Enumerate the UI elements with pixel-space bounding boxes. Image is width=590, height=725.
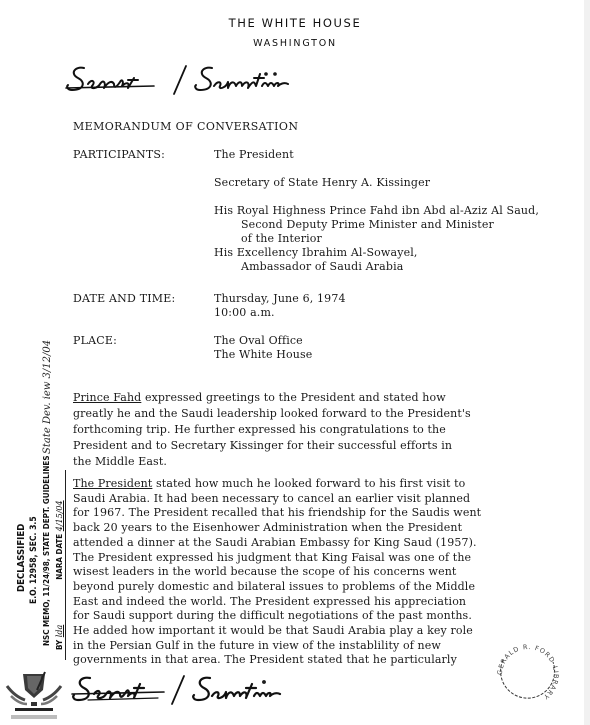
date-time-label: DATE AND TIME: [73,292,175,305]
paragraph-line: stated how much he looked forward to his… [152,477,465,490]
participants-label: PARTICIPANTS: [73,148,165,161]
paragraph-line: beyond purely domestic and bilateral iss… [73,580,573,595]
place-line-2: The White House [214,348,312,361]
place-label: PLACE: [73,334,117,347]
paragraph-line: forthcoming trip. He further expressed h… [73,422,573,438]
paragraph-line: greatly he and the Saudi leadership look… [73,406,573,422]
stamp-nara-date: 4/15/04 [55,500,64,531]
declassified-stamp-line-3: NSC MEMO, 11/24/98, STATE DEPT. GUIDELIN… [42,455,51,646]
paragraph-line: back 20 years to the Eisenhower Administ… [73,521,573,536]
paragraph-line: Saudi Arabia. It had been necessary to c… [73,492,573,507]
meeting-time: 10:00 a.m. [214,306,275,319]
participant-fahd: His Royal Highness Prince Fahd ibn Abd a… [214,204,539,217]
stamp-initials: lda [55,625,64,637]
speaker-prince-fahd: Prince Fahd [73,391,141,404]
letterhead-title: THE WHITE HOUSE [0,16,590,30]
place-line-1: The Oval Office [214,334,303,347]
participant-president: The President [214,148,294,161]
stamp-by-label: BY [55,640,64,650]
participant-fahd-title-1: Second Deputy Prime Minister and Ministe… [214,218,494,231]
memo-heading: MEMORANDUM OF CONVERSATION [73,120,298,133]
page-edge-strip [584,0,590,725]
participant-sowayel-title: Ambassador of Saudi Arabia [214,260,403,273]
declassified-handwritten-review: State Dev. iew 3/12/04 [42,340,53,454]
paragraph-line: attended a dinner at the Saudi Arabian E… [73,536,573,551]
paragraph-line: the Middle East. [73,454,573,470]
stamp-nara-date-label: NARA DATE [55,534,64,580]
paragraph-line: wisest leaders in the world because the … [73,565,573,580]
declassified-stamp-line-2: E.O. 12958, SEC. 3.5 [29,516,39,604]
paragraph-prince-fahd: Prince Fahd expressed greetings to the P… [73,390,573,470]
paragraph-line: expressed greetings to the President and… [141,391,445,404]
participant-sowayel: His Excellency Ibrahim Al-Sowayel, [214,246,418,259]
paragraph-line: for 1967. The President recalled that hi… [73,506,573,521]
declassified-stamp-line-1: DECLASSIFIED [16,524,27,592]
classification-handwritten-bottom: Secret / Sensitive [68,670,308,710]
letterhead-subtitle: WASHINGTON [0,38,590,49]
library-seal-stamp: GERALD R. FORD LIBRARY [493,640,563,710]
paragraph-line: President and to Secretary Kissinger for… [73,438,573,454]
paragraph-line: for Saudi support during the difficult n… [73,609,573,624]
svg-text:GERALD R. FORD LIBRARY: GERALD R. FORD LIBRARY [496,643,560,701]
classification-handwritten-top: Secret / Sensitive [62,60,302,100]
meeting-date: Thursday, June 6, 1974 [214,292,346,305]
paragraph-line: East and indeed the world. The President… [73,595,573,610]
paragraph-line: He added how important it would be that … [73,624,573,639]
participant-fahd-title-2: of the Interior [214,232,322,245]
watermark-logo [5,668,63,722]
participant-kissinger: Secretary of State Henry A. Kissinger [214,176,430,189]
speaker-the-president: The President [73,477,152,490]
paragraph-line: The President expressed his judgment tha… [73,551,573,566]
declassified-stamp-by: BY lda NARA DATE 4/15/04 [55,500,64,650]
margin-bracket-line [65,470,66,660]
